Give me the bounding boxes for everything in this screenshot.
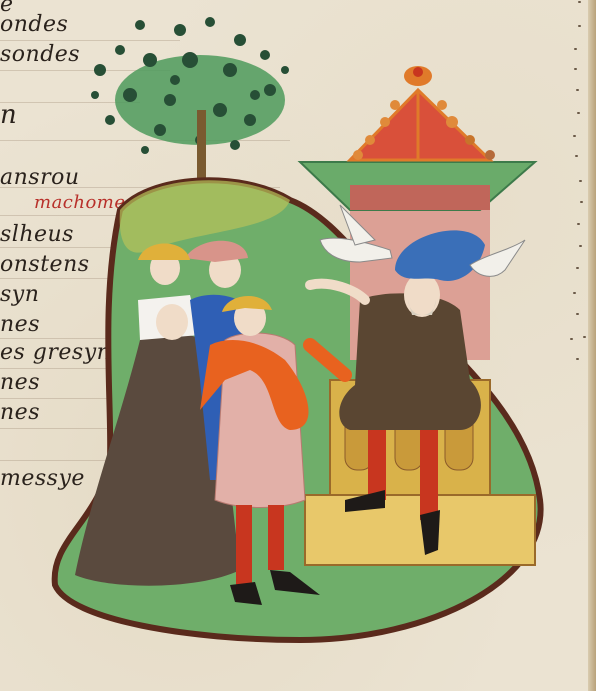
illumination	[0, 0, 596, 691]
tree-icon	[91, 17, 289, 190]
